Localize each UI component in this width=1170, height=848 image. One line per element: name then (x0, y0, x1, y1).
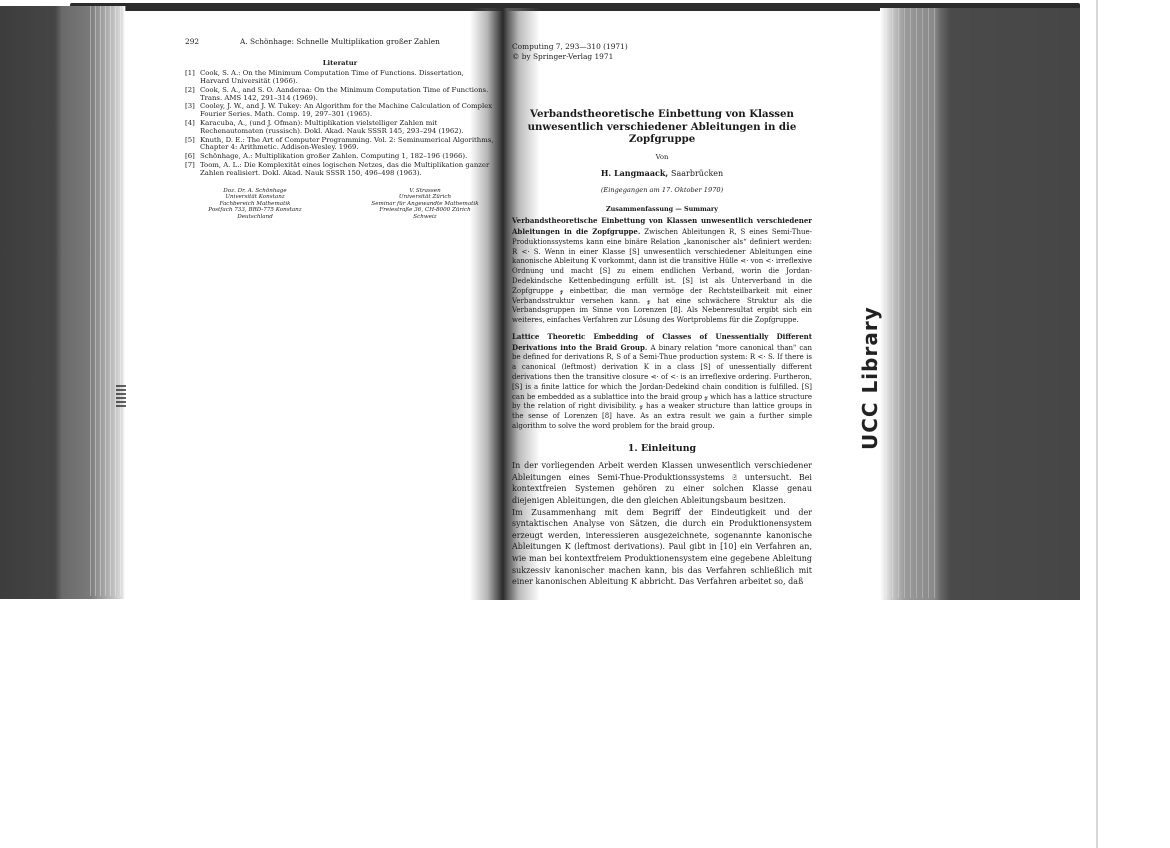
author-name: H. Langmaack, (601, 168, 668, 178)
author-addresses: Doz. Dr. A. SchönhageUniversität Konstan… (185, 188, 495, 221)
author-line: H. Langmaack, Saarbrücken (512, 168, 812, 179)
right-page-stack (880, 8, 940, 598)
reference-number: [1] (185, 70, 200, 86)
journal-line: Computing 7, 293—310 (1971) (512, 42, 812, 52)
introduction-text: In der vorliegenden Arbeit werden Klasse… (512, 460, 812, 588)
abstract-german-text: Zwischen Ableitungen R, S eines Semi-Thu… (512, 228, 812, 324)
reference-number: [2] (185, 87, 200, 103)
reference-text: Cook, S. A., and S. O. Aanderaa: On the … (200, 87, 495, 103)
copyright-line: © by Springer-Verlag 1971 (512, 52, 812, 62)
address-line: Freiestraße 36, CH-8000 Zürich (355, 207, 495, 214)
paragraph: Im Zusammenhang mit dem Begriff der Eind… (512, 507, 812, 588)
left-running-head: 292 A. Schönhage: Schnelle Multiplikatio… (185, 38, 495, 47)
address-line: Universität Zürich (355, 194, 495, 201)
address-line: Postfach 733, BRD-775 Konstanz (185, 207, 325, 214)
reference-text: Schönhage, A.: Multiplikation großer Zah… (200, 153, 495, 161)
address-strassen: V. StrassenUniversität ZürichSeminar für… (355, 188, 495, 221)
address-line: V. Strassen (355, 188, 495, 195)
section-heading: 1. Einleitung (512, 444, 812, 454)
reference-number: [3] (185, 103, 200, 119)
von-label: Von (512, 152, 812, 162)
running-head-title: A. Schönhage: Schnelle Multiplikation gr… (240, 38, 440, 47)
article-title: Verbandstheoretische Einbettung von Klas… (512, 108, 812, 146)
literature-heading: Literatur (185, 59, 495, 68)
abstract-english-text: A binary relation "more canonical than" … (512, 344, 812, 430)
reference-item: [7]Toom, A. L.: Die Komplexität eines lo… (185, 162, 495, 178)
reference-item: [6]Schönhage, A.: Multiplikation großer … (185, 153, 495, 161)
address-line: Schweiz (355, 214, 495, 221)
left-page-stack (90, 6, 130, 596)
right-page: Computing 7, 293—310 (1971) © by Springe… (512, 42, 812, 588)
reference-item: [5]Knuth, D. E.: The Art of Computer Pro… (185, 137, 495, 153)
reference-number: [4] (185, 120, 200, 136)
scanner-border (1096, 0, 1098, 848)
reference-text: Knuth, D. E.: The Art of Computer Progra… (200, 137, 495, 153)
paragraph: In der vorliegenden Arbeit werden Klasse… (512, 460, 812, 506)
reference-list: [1]Cook, S. A.: On the Minimum Computati… (185, 70, 495, 177)
left-edge-marking (116, 385, 126, 407)
address-line: Universität Konstanz (185, 194, 325, 201)
journal-citation: Computing 7, 293—310 (1971) © by Springe… (512, 42, 812, 62)
reference-text: Karacuba, A., (und J. Ofman): Multiplika… (200, 120, 495, 136)
reference-number: [6] (185, 153, 200, 161)
reference-item: [3]Cooley, J. W., and J. W. Tukey: An Al… (185, 103, 495, 119)
address-line: Deutschland (185, 214, 325, 221)
scanned-book-spread: 292 A. Schönhage: Schnelle Multiplikatio… (0, 0, 1170, 848)
reference-text: Cook, S. A.: On the Minimum Computation … (200, 70, 495, 86)
abstract-german: Verbandstheoretische Einbettung von Klas… (512, 216, 812, 326)
received-date: (Eingegangen am 17. Oktober 1970) (512, 185, 812, 195)
reference-number: [7] (185, 162, 200, 178)
address-schoenhage: Doz. Dr. A. SchönhageUniversität Konstan… (185, 188, 325, 221)
address-line: Seminar für Angewandte Mathematik (355, 201, 495, 208)
page-number: 292 (185, 38, 240, 47)
reference-text: Cooley, J. W., and J. W. Tukey: An Algor… (200, 103, 495, 119)
reference-item: [2]Cook, S. A., and S. O. Aanderaa: On t… (185, 87, 495, 103)
summary-heading: Zusammenfassung — Summary (512, 204, 812, 214)
abstract-english: Lattice Theoretic Embedding of Classes o… (512, 332, 812, 432)
reference-text: Toom, A. L.: Die Komplexität eines logis… (200, 162, 495, 178)
reference-item: [1]Cook, S. A.: On the Minimum Computati… (185, 70, 495, 86)
left-page: 292 A. Schönhage: Schnelle Multiplikatio… (185, 38, 495, 221)
address-line: Doz. Dr. A. Schönhage (185, 188, 325, 195)
reference-item: [4]Karacuba, A., (und J. Ofman): Multipl… (185, 120, 495, 136)
library-stamp: UCC Library (858, 306, 882, 450)
address-line: Fachbereich Mathematik (185, 201, 325, 208)
reference-number: [5] (185, 137, 200, 153)
author-place: Saarbrücken (671, 169, 723, 178)
